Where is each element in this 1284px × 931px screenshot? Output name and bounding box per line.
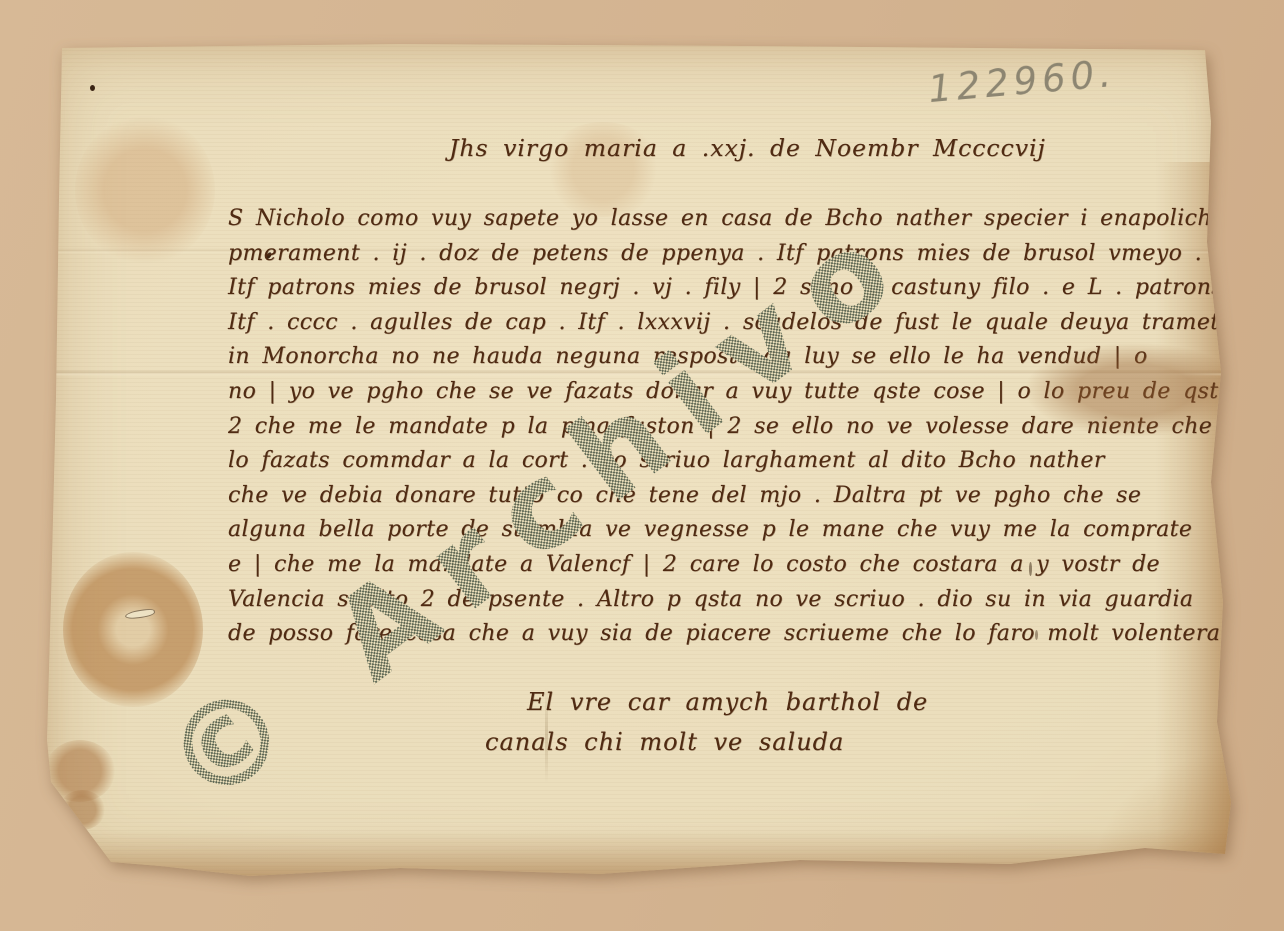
body-line: 2 che me le mandate p la pma fuston | 2 …	[228, 410, 1284, 445]
body-line: e | che me la mandate a Valencf | 2 care…	[228, 548, 1284, 583]
ink-speck	[90, 85, 95, 91]
stain-big-left	[63, 552, 203, 707]
body-line: Itf . cccc . agulles de cap . Itf . lxxx…	[228, 306, 1284, 341]
signature-line-1: El vre car amych barthol de	[527, 688, 928, 716]
body-line: pmerament . ij . doz de petens de ppenya…	[228, 237, 1284, 272]
body-line: de posso fare cosa che a vuy sia de piac…	[228, 617, 1284, 652]
body-line: S Nicholo como vuy sapete yo lasse en ca…	[228, 202, 1284, 237]
archive-scan-page: { "letter": { "description": "Scanned me…	[0, 0, 1284, 931]
stain-corner-a	[45, 740, 115, 802]
paper-shadow-wrapper: Jhs virgo maria a .xxj. de Noembr Mccccv…	[45, 42, 1237, 884]
signature-line-2: canals chi molt ve saluda	[485, 728, 844, 756]
body-line: Itf patrons mies de brusol negrj . vj . …	[228, 271, 1284, 306]
stain-top-left	[75, 115, 215, 265]
body-line: lo fazats commdar a la cort . yo scriuo …	[228, 444, 1284, 479]
paper-sheet: Jhs virgo maria a .xxj. de Noembr Mccccv…	[45, 42, 1237, 884]
body-line: alguna bella porte de stambla ve vegness…	[228, 513, 1284, 548]
body-line: no | yo ve pgho che se ve fazats donar a…	[228, 375, 1284, 410]
body-line: in Monorcha no ne hauda neguna resposta …	[228, 340, 1284, 375]
body-line: Valencia subito 2 de psente . Altro p qs…	[228, 583, 1284, 618]
body-line: che ve debia donare tutto co che tene de…	[228, 479, 1284, 514]
header-line: Jhs virgo maria a .xxj. de Noembr Mccccv…	[449, 134, 1046, 162]
letter-body: S Nicholo como vuy sapete yo lasse en ca…	[228, 202, 1284, 652]
ink-squiggle-mark	[125, 608, 156, 620]
stain-corner-b	[59, 790, 105, 830]
paper-corner-browning	[1027, 694, 1237, 884]
